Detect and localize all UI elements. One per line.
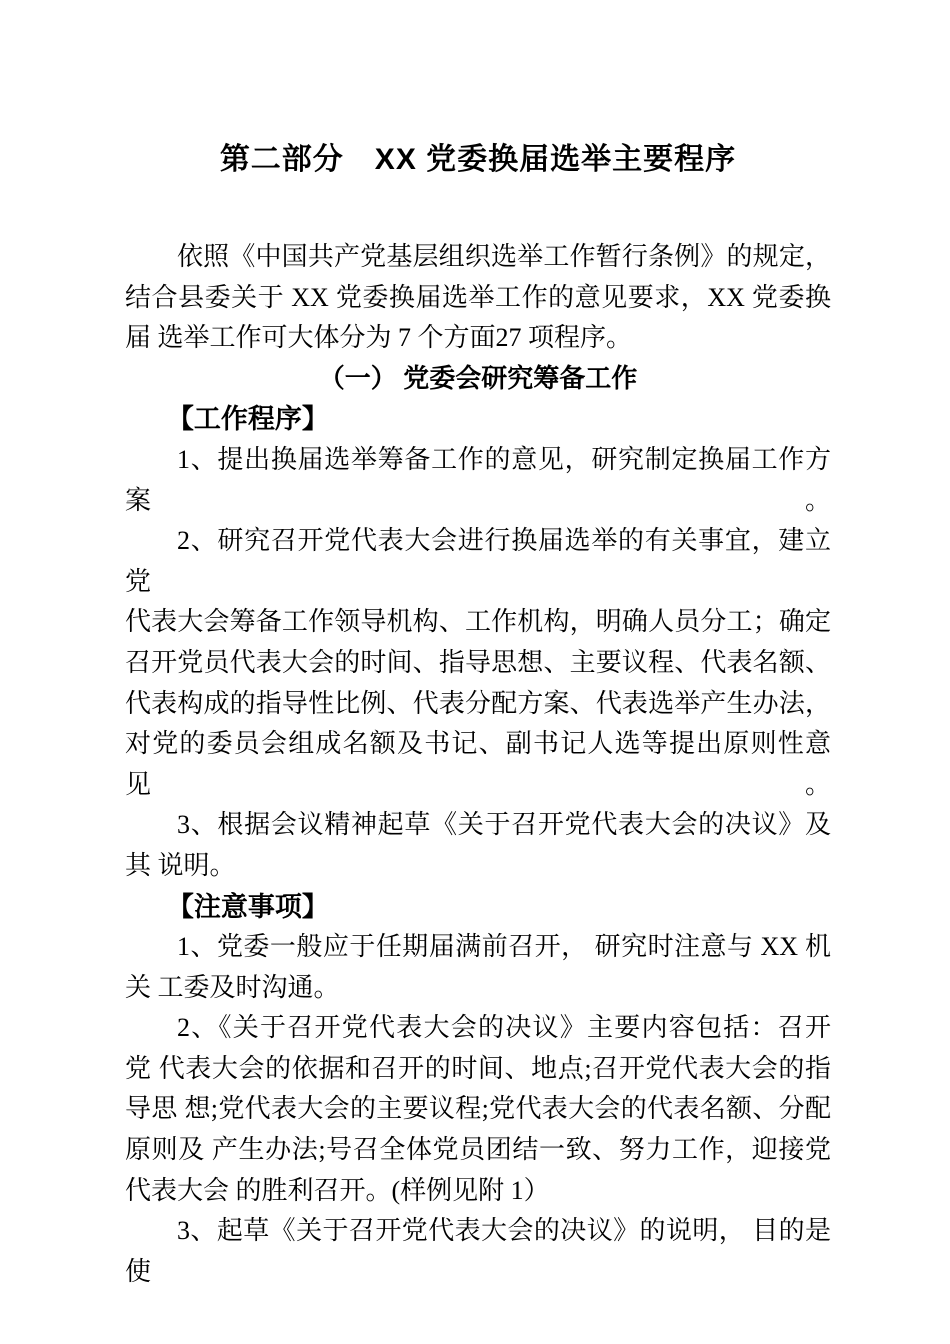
document-page: 第二部分 XX 党委换届选举主要程序 依照《中国共产党基层组织选举工作暂行条例》… — [0, 0, 950, 1344]
paragraph-line: 依照《中国共产党基层组织选举工作暂行条例》的规定， — [125, 237, 831, 278]
subsection-heading: 【工作程序】 — [125, 399, 831, 440]
document-content: 第二部分 XX 党委换届选举主要程序 依照《中国共产党基层组织选举工作暂行条例》… — [125, 140, 831, 1292]
subsection-heading: 【注意事项】 — [125, 887, 831, 928]
paragraph-line: 党 代表大会的依据和召开的时间、地点;召开党代表大会的指 — [125, 1049, 831, 1090]
section-heading: （一） 党委会研究筹备工作 — [125, 359, 831, 400]
paragraph-line: 届 选举工作可大体分为 7 个方面27 项程序。 — [125, 318, 831, 359]
paragraph-line: 代表大会 的胜利召开。(样例见附 1） — [125, 1171, 831, 1212]
paragraph-line: 结合县委关于 XX 党委换届选举工作的意见要求，XX 党委换 — [125, 278, 831, 319]
paragraph-line: 导思 想;党代表大会的主要议程;党代表大会的代表名额、分配 — [125, 1089, 831, 1130]
paragraph-line: 代表构成的指导性比例、代表分配方案、代表选举产生办法， — [125, 684, 831, 725]
paragraph-line: 2、《关于召开党代表大会的决议》主要内容包括：召开 — [125, 1008, 831, 1049]
paragraph-line: 1、党委一般应于任期届满前召开， 研究时注意与 XX 机 — [125, 927, 831, 968]
paragraph-line: 关 工委及时沟通。 — [125, 968, 831, 1009]
document-body: 依照《中国共产党基层组织选举工作暂行条例》的规定，结合县委关于 XX 党委换届选… — [125, 237, 831, 1292]
document-title: 第二部分 XX 党委换届选举主要程序 — [125, 140, 831, 180]
paragraph-line: 1、提出换届选举筹备工作的意见，研究制定换届工作方案。 — [125, 440, 831, 521]
paragraph-line: 对党的委员会组成名额及书记、副书记人选等提出原则性意见。 — [125, 724, 831, 805]
paragraph-line: 2、研究召开党代表大会进行换届选举的有关事宜，建立党 — [125, 521, 831, 602]
paragraph-line: 其 说明。 — [125, 846, 831, 887]
paragraph-line: 代表大会筹备工作领导机构、工作机构，明确人员分工；确定 — [125, 602, 831, 643]
paragraph-line: 3、根据会议精神起草《关于召开党代表大会的决议》及 — [125, 805, 831, 846]
paragraph-line: 召开党员代表大会的时间、指导思想、主要议程、代表名额、 — [125, 643, 831, 684]
paragraph-line: 原则及 产生办法;号召全体党员团结一致、努力工作，迎接党 — [125, 1130, 831, 1171]
paragraph-line: 3、起草《关于召开党代表大会的决议》的说明， 目的是使 — [125, 1211, 831, 1292]
